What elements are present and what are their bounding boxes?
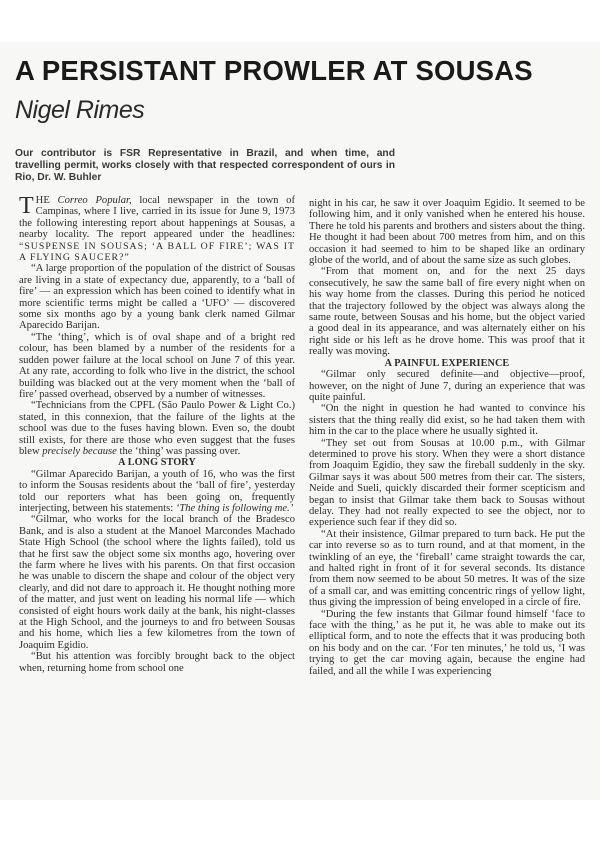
page-margin — [0, 800, 600, 850]
article-author: Nigel Rimes — [15, 96, 144, 125]
paragraph: “They set out from Sousas at 10.00 p.m.,… — [309, 438, 585, 529]
paragraph: “Technicians from the CPFL (São Paulo Po… — [19, 400, 295, 457]
paragraph: “Gilmar only secured definite—and object… — [309, 369, 585, 403]
paragraph: “At their insistence, Gilmar prepared to… — [309, 529, 585, 609]
paragraph: “From that moment on, and for the next 2… — [309, 266, 585, 357]
paragraph: “Gilmar, who works for the local branch … — [19, 514, 295, 651]
headline-quote: “SUSPENSE IN SOUSAS; ‘A BALL OF FIRE’; W… — [19, 241, 295, 263]
paragraph: night in his car, he saw it over Joaquim… — [309, 198, 585, 266]
paragraph: “During the few instants that Gilmar fou… — [309, 609, 585, 677]
paragraph: “But his attention was forcibly brought … — [19, 651, 295, 674]
drop-cap: T — [19, 196, 34, 216]
paragraph: “On the night in question he had wanted … — [309, 403, 585, 437]
section-heading: A LONG STORY — [19, 457, 295, 468]
article-title: A PERSISTANT PROWLER AT SOUSAS — [15, 55, 533, 87]
newspaper-name: Correo Popular, — [58, 195, 132, 206]
paragraph: “Gilmar Aparecido Barijan, a youth of 16… — [19, 469, 295, 515]
paragraph: “The ‘thing’, which is of oval shape and… — [19, 332, 295, 400]
paragraph: THE Correo Popular, local newspaper in t… — [19, 195, 295, 263]
left-column: THE Correo Popular, local newspaper in t… — [19, 195, 295, 674]
right-column: night in his car, he saw it over Joaquim… — [309, 198, 585, 677]
section-heading: A PAINFUL EXPERIENCE — [309, 358, 585, 369]
article-intro: Our contributor is FSR Representative in… — [15, 148, 395, 184]
paragraph: “A large proportion of the population of… — [19, 263, 295, 331]
